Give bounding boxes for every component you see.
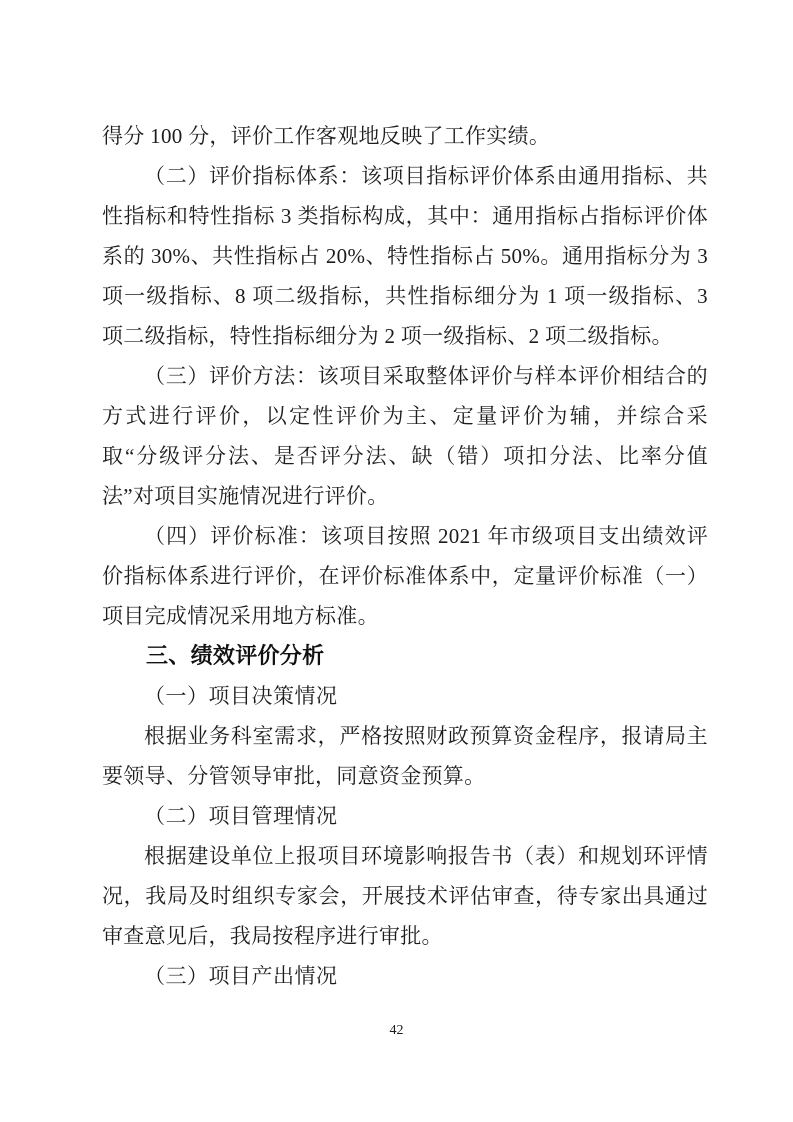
paragraph-score-continuation: 得分 100 分，评价工作客观地反映了工作实绩。	[102, 116, 708, 156]
paragraph-evaluation-method: （三）评价方法：该项目采取整体评价与样本评价相结合的方式进行评价，以定性评价为主…	[102, 356, 708, 516]
document-page: 得分 100 分，评价工作客观地反映了工作实绩。 （二）评价指标体系：该项目指标…	[0, 0, 793, 1122]
paragraph-project-decision: 根据业务科室需求，严格按照财政预算资金程序，报请局主要领导、分管领导审批，同意资…	[102, 716, 708, 796]
subsection-heading-project-output: （三）项目产出情况	[102, 956, 708, 996]
paragraph-project-management: 根据建设单位上报项目环境影响报告书（表）和规划环评情况，我局及时组织专家会，开展…	[102, 836, 708, 956]
document-text-block: 得分 100 分，评价工作客观地反映了工作实绩。 （二）评价指标体系：该项目指标…	[102, 116, 708, 996]
paragraph-indicator-system: （二）评价指标体系：该项目指标评价体系由通用指标、共性指标和特性指标 3 类指标…	[102, 156, 708, 356]
subsection-heading-project-management: （二）项目管理情况	[102, 796, 708, 836]
subsection-heading-project-decision: （一）项目决策情况	[102, 676, 708, 716]
paragraph-evaluation-standard: （四）评价标准：该项目按照 2021 年市级项目支出绩效评价指标体系进行评价，在…	[102, 516, 708, 636]
section-heading-performance-analysis: 三、绩效评价分析	[102, 636, 708, 676]
page-number: 42	[0, 1020, 793, 1042]
